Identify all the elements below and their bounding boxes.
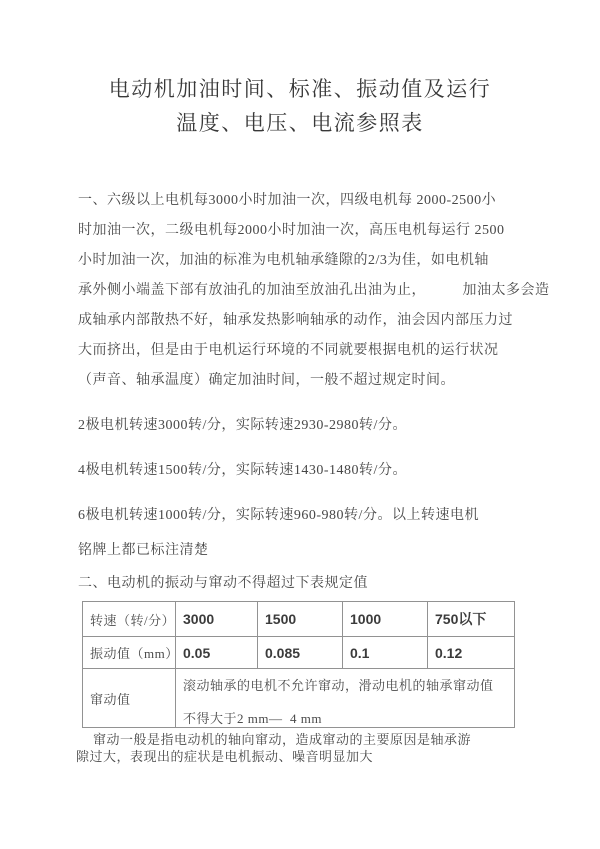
table-cell-vibration-1: 0.05 <box>176 637 258 669</box>
table-cell-speed-3000: 3000 <box>176 602 258 637</box>
intro-line: 成轴承内部散热不好，轴承发热影响轴承的动作，油会因内部压力过 <box>78 306 550 336</box>
footnote-paragraph: 窜动一般是指电动机的轴向窜动，造成窜动的主要原因是轴承游 隙过大，表现出的症状是… <box>76 731 471 765</box>
speed-note-4-pole: 4极电机转速1500转/分，实际转速1430-1480转/分。 <box>78 461 407 481</box>
table-header-speed-label: 转速（转/分） <box>83 602 176 637</box>
footnote-line: 隙过大，表现出的症状是电机振动、噪音明显加大 <box>76 748 471 765</box>
table-row-vibration: 振动值（mm） 0.05 0.085 0.1 0.12 <box>83 637 515 669</box>
intro-line: 大而挤出，但是由于电机运行环境的不同就要根据电机的运行状况 <box>78 336 550 366</box>
table-cell-vibration-4: 0.12 <box>428 637 515 669</box>
table-cell-vibration-2: 0.085 <box>258 637 343 669</box>
intro-line: 时加油一次，二级电机每2000小时加油一次，高压电机每运行 2500 <box>78 216 550 246</box>
footnote-line: 窜动一般是指电动机的轴向窜动，造成窜动的主要原因是轴承游 <box>76 731 471 748</box>
document-title-line-2: 温度、电压、电流参照表 <box>0 106 600 140</box>
axial-play-text-line-1: 滚动轴承的电机不允许窜动，滑动电机的轴承窜动值 <box>183 678 514 694</box>
table-axial-play-label: 窜动值 <box>83 669 176 728</box>
table-axial-play-description-cell: 滚动轴承的电机不允许窜动，滑动电机的轴承窜动值 不得大于2 mm— 4 mm <box>176 669 515 728</box>
intro-paragraph: 一、六级以上电机每3000小时加油一次，四级电机每 2000-2500小 时加油… <box>78 186 550 396</box>
intro-line: 小时加油一次，加油的标准为电机轴承缝隙的2/3为佳，如电机轴 <box>78 246 550 276</box>
intro-line: （声音、轴承温度）确定加油时间，一般不超过规定时间。 <box>78 366 550 396</box>
table-vibration-label: 振动值（mm） <box>83 637 176 669</box>
section-2-heading: 二、电动机的振动与窜动不得超过下表规定值 <box>78 574 368 594</box>
table-cell-speed-1000: 1000 <box>343 602 428 637</box>
table-cell-speed-750: 750以下 <box>428 602 515 637</box>
table-cell-speed-1500: 1500 <box>258 602 343 637</box>
axial-play-text-line-2: 不得大于2 mm— 4 mm <box>183 711 514 727</box>
table-row-speed: 转速（转/分） 3000 1500 1000 750以下 <box>83 602 515 637</box>
document-title-line-1: 电动机加油时间、标准、振动值及运行 <box>0 72 600 106</box>
intro-line: 一、六级以上电机每3000小时加油一次，四级电机每 2000-2500小 <box>78 186 550 216</box>
nameplate-note: 铭牌上都已标注清楚 <box>78 541 209 561</box>
document-page: 电动机加油时间、标准、振动值及运行 温度、电压、电流参照表 一、六级以上电机每3… <box>0 0 600 849</box>
speed-note-6-pole: 6极电机转速1000转/分，实际转速960-980转/分。以上转速电机 <box>78 506 479 526</box>
table-row-axial-play: 窜动值 滚动轴承的电机不允许窜动，滑动电机的轴承窜动值 不得大于2 mm— 4 … <box>83 669 515 728</box>
speed-note-2-pole: 2极电机转速3000转/分，实际转速2930-2980转/分。 <box>78 416 407 436</box>
vibration-spec-table: 转速（转/分） 3000 1500 1000 750以下 振动值（mm） 0.0… <box>82 601 515 728</box>
table-cell-vibration-3: 0.1 <box>343 637 428 669</box>
intro-line: 承外侧小端盖下部有放油孔的加油至放油孔出油为止， 加油太多会造 <box>78 276 550 306</box>
